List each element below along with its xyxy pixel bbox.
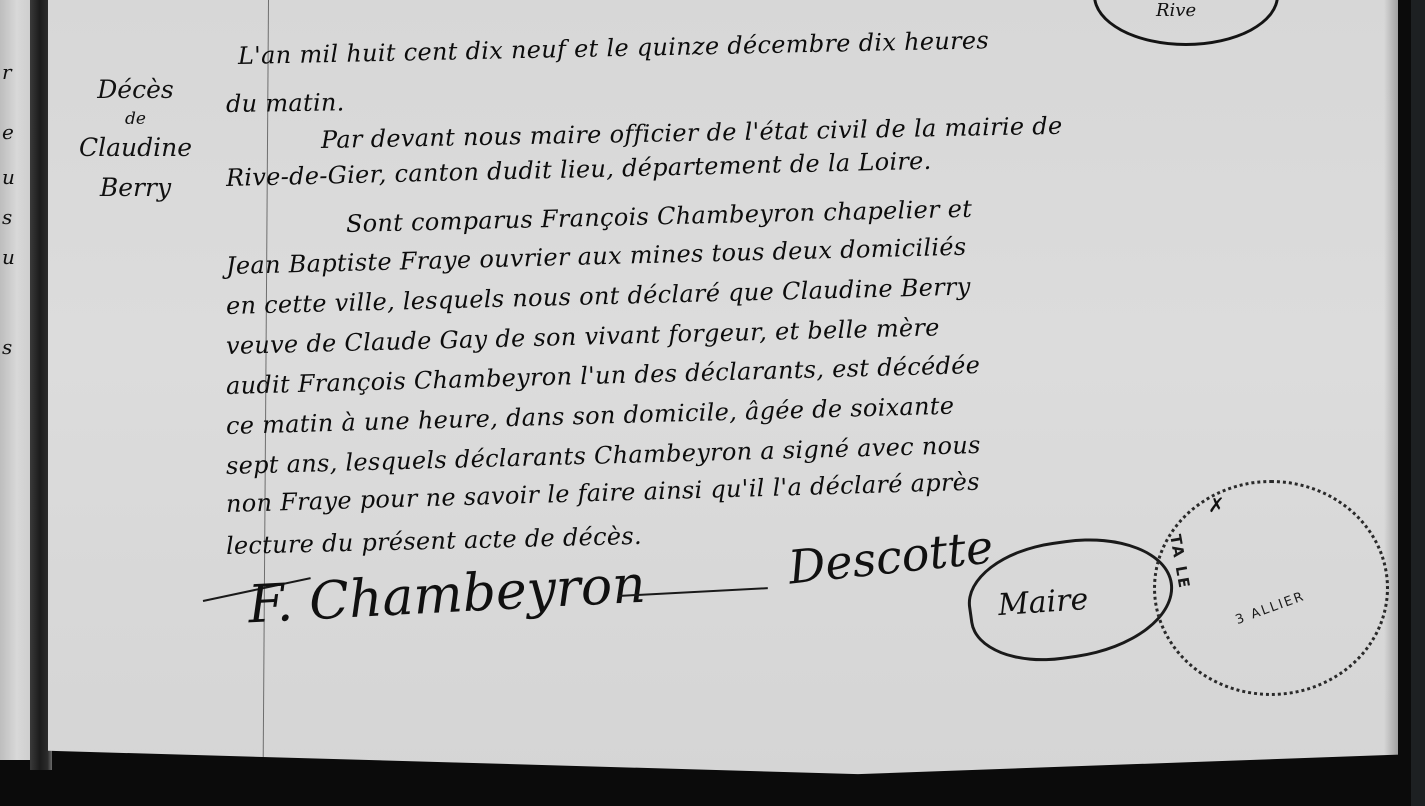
margin-title: Décès <box>48 70 223 110</box>
body-line: lecture du présent acte de décès. <box>226 522 643 560</box>
left-page-fragment: r <box>2 60 12 84</box>
left-page-fragment: u <box>2 165 15 189</box>
top-stamp: Rive <box>1093 0 1279 46</box>
body-line: Jean Baptiste Fraye ouvrier aux mines to… <box>226 233 967 280</box>
dry-stamp-number: 3 ALLIER <box>1234 589 1308 628</box>
dry-seal-stamp: TA LE 3 ALLIER <box>1153 480 1389 696</box>
body-line: veuve de Claude Gay de son vivant forgeu… <box>226 313 940 360</box>
margin-last-name: Berry <box>48 168 223 208</box>
body-line: en cette ville, lesquels nous ont déclar… <box>226 273 971 320</box>
body-line: L'an mil huit cent dix neuf et le quinze… <box>238 26 990 70</box>
margin-annotation: Décès de Claudine Berry <box>48 70 223 208</box>
body-line: audit François Chambeyron l'un des décla… <box>226 351 981 400</box>
margin-preposition: de <box>48 110 223 128</box>
top-stamp-text: Rive <box>1156 0 1196 21</box>
margin-first-name: Claudine <box>48 128 223 168</box>
dry-stamp-text: TA LE <box>1166 533 1193 591</box>
left-page-fragment: s <box>2 335 12 359</box>
body-line: Par devant nous maire officier de l'état… <box>321 112 1063 154</box>
body-line: du matin. <box>226 88 345 118</box>
left-page-fragment: u <box>2 245 15 269</box>
signature-chambeyron: F. Chambeyron <box>247 555 647 636</box>
left-page-fragment: e <box>2 120 14 144</box>
viewer-edge <box>1411 0 1425 806</box>
left-page-fragment: s <box>2 205 12 229</box>
mayor-paraph-text: Maire <box>997 582 1090 623</box>
document-page: Décès de Claudine Berry Rive L'an mil hu… <box>48 0 1398 778</box>
body-line: Sont comparus François Chambeyron chapel… <box>346 195 973 238</box>
signature-mayor: Descotte <box>786 519 996 594</box>
body-line: ce matin à une heure, dans son domicile,… <box>226 392 955 440</box>
